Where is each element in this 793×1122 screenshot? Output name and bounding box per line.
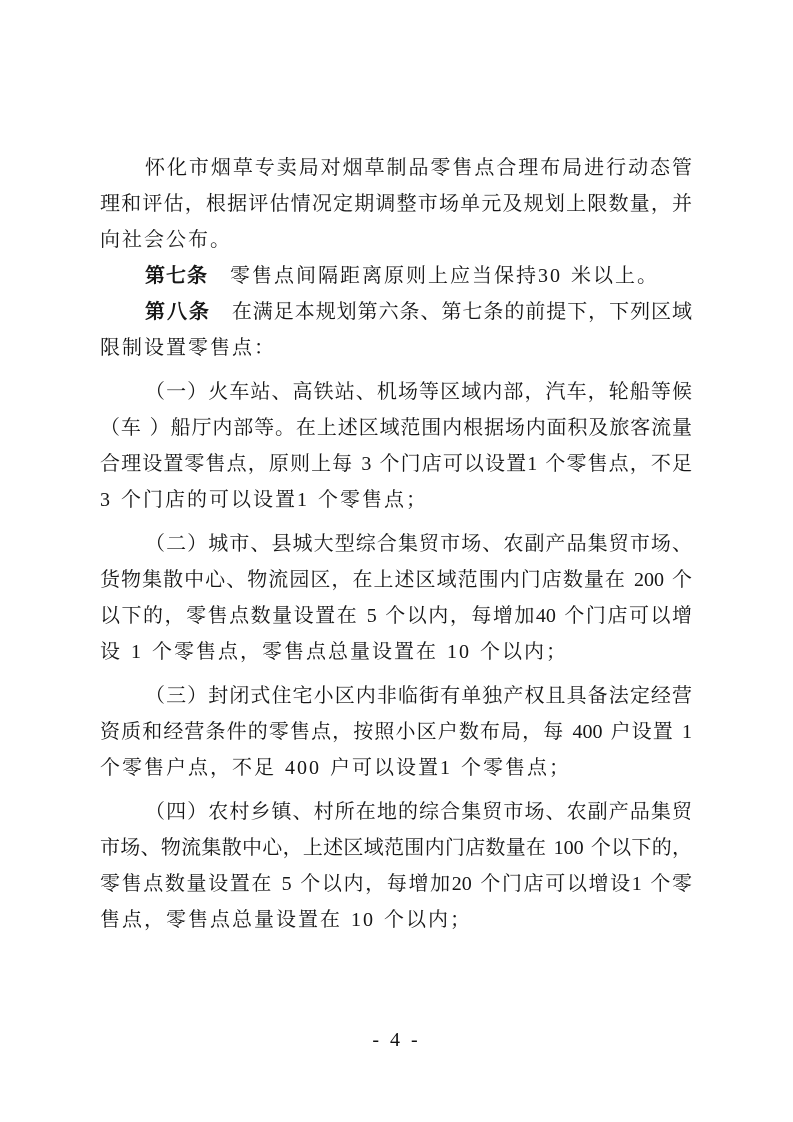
line-text: 设 1 个零售点，零售点总量设置在 10 个以内； [100,641,568,663]
para-dynamic-mgmt-line-1: 怀化市烟草专卖局对烟草制品零售点合理布局进行动态管 [100,150,692,186]
item-3-line-1: （三）封闭式住宅小区内非临街有单独产权且具备法定经营 [100,678,692,714]
line-text: 以下的，零售点数量设置在 5 个以内，每增加40 个门店可以增 [100,605,692,627]
line-text: （二）城市、县城大型综合集贸市场、农副产品集贸市场、 [145,533,692,555]
page-number: - 4 - [0,1026,793,1054]
article-8-label: 第八条 [145,301,211,323]
line-text: 3 个门店的可以设置1 个零售点； [100,489,428,511]
article-7-label: 第七条 [145,265,208,287]
item-1-line-1: （一）火车站、高铁站、机场等区域内部，汽车，轮船等候 [100,374,692,410]
article-7-line: 第七条 零售点间隔距离原则上应当保持30 米以上。 [100,258,692,294]
item-2-line-4: 设 1 个零售点，零售点总量设置在 10 个以内； [100,634,692,670]
item-4-line-3: 零售点数量设置在 5 个以内，每增加20 个门店可以增设1 个零 [100,866,692,902]
article-8-line-2: 限制设置零售点： [100,330,692,366]
line-text: （车 ）船厅内部等。在上述区域范围内根据场内面积及旅客流量 [100,417,692,439]
line-text: 怀化市烟草专卖局对烟草制品零售点合理布局进行动态管 [145,157,692,179]
line-text: （一）火车站、高铁站、机场等区域内部，汽车，轮船等候 [145,381,692,403]
para-dynamic-mgmt-line-2: 理和评估，根据评估情况定期调整市场单元及规划上限数量，并 [100,186,692,222]
item-3-line-3: 个零售户点，不足 400 户可以设置1 个零售点； [100,750,692,786]
line-text: 货物集散中心、物流园区，在上述区域范围内门店数量在 200 个 [100,569,692,591]
item-4-line-1: （四）农村乡镇、村所在地的综合集贸市场、农副产品集贸 [100,794,692,830]
item-2-line-2: 货物集散中心、物流园区，在上述区域范围内门店数量在 200 个 [100,562,692,598]
line-text: 资质和经营条件的零售点，按照小区户数布局，每 400 户设置 1 [100,721,692,743]
item-1-line-4: 3 个门店的可以设置1 个零售点； [100,482,692,518]
line-text: 零售点数量设置在 5 个以内，每增加20 个门店可以增设1 个零 [100,873,692,895]
line-text: （四）农村乡镇、村所在地的综合集贸市场、农副产品集贸 [145,801,692,823]
para-dynamic-mgmt-line-3: 向社会公布。 [100,222,692,258]
line-text: 合理设置零售点，原则上每 3 个门店可以设置1 个零售点，不足 [100,453,692,475]
line-text: 售点，零售点总量设置在 10 个以内； [100,909,472,931]
article-8-line-1: 第八条 在满足本规划第六条、第七条的前提下，下列区域 [100,294,692,330]
item-2-line-1: （二）城市、县城大型综合集贸市场、农副产品集贸市场、 [100,526,692,562]
line-text: 限制设置零售点： [100,337,276,359]
item-3-line-2: 资质和经营条件的零售点，按照小区户数布局，每 400 户设置 1 [100,714,692,750]
item-4-line-4: 售点，零售点总量设置在 10 个以内； [100,902,692,938]
line-text: （三）封闭式住宅小区内非临街有单独产权且具备法定经营 [145,685,692,707]
document-page: 怀化市烟草专卖局对烟草制品零售点合理布局进行动态管 理和评估，根据评估情况定期调… [0,0,793,1122]
line-text: 理和评估，根据评估情况定期调整市场单元及规划上限数量，并 [100,193,692,215]
item-4-line-2: 市场、物流集散中心，上述区域范围内门店数量在 100 个以下的， [100,830,692,866]
body-text: 怀化市烟草专卖局对烟草制品零售点合理布局进行动态管 理和评估，根据评估情况定期调… [100,150,692,938]
line-text: 向社会公布。 [100,229,232,251]
line-text: 个零售户点，不足 400 户可以设置1 个零售点； [100,757,571,779]
item-1-line-2: （车 ）船厅内部等。在上述区域范围内根据场内面积及旅客流量 [100,410,692,446]
item-2-line-3: 以下的，零售点数量设置在 5 个以内，每增加40 个门店可以增 [100,598,692,634]
line-text: 在满足本规划第六条、第七条的前提下，下列区域 [211,301,692,323]
line-text: 市场、物流集散中心，上述区域范围内门店数量在 100 个以下的， [100,837,692,859]
item-1-line-3: 合理设置零售点，原则上每 3 个门店可以设置1 个零售点，不足 [100,446,692,482]
line-text: 零售点间隔距离原则上应当保持30 米以上。 [208,265,659,287]
